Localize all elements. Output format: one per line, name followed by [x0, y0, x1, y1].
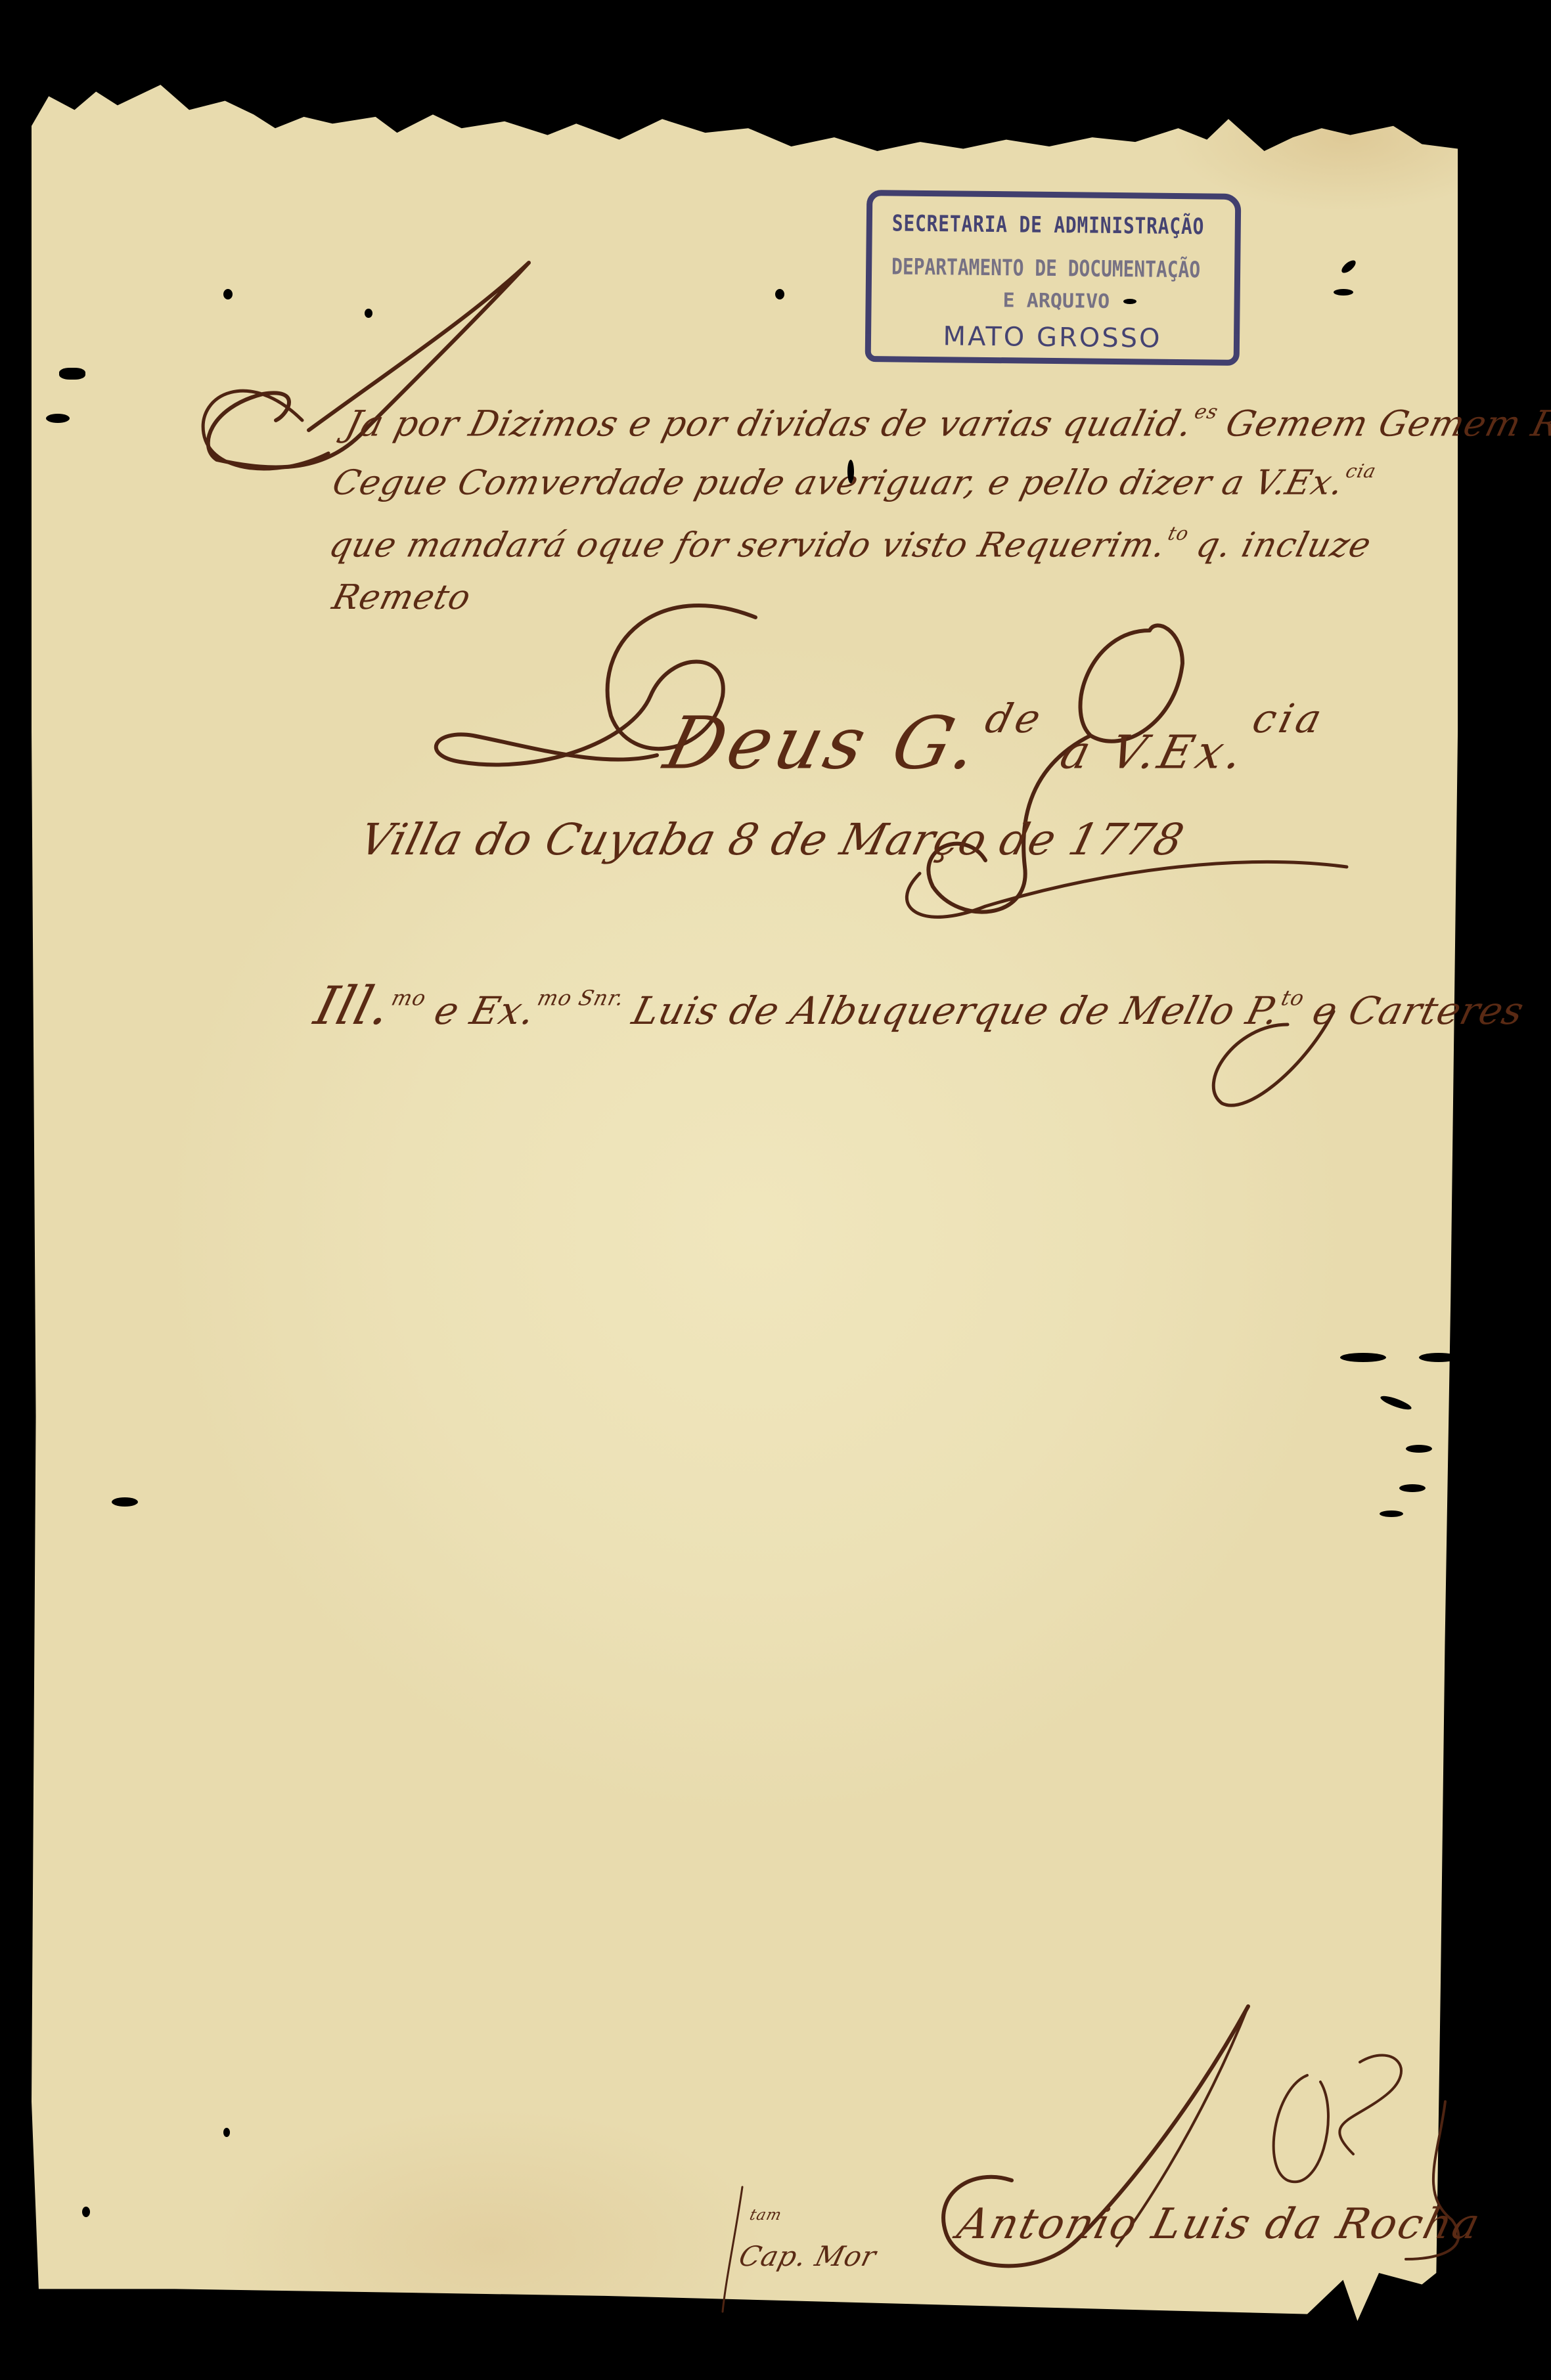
place-date: Villa do Cuyaba 8 de Março de 1778 [355, 814, 1189, 865]
signature-title: tam Cap. Mor [736, 2207, 888, 2272]
body-line-4: Remeto [328, 578, 475, 617]
stamp-line-3: E ARQUIVO [1002, 289, 1110, 313]
body-line-1: Ja por Dizimos e por dividas de varias q… [342, 401, 1551, 445]
addressee-line: Ill.mo e Ex.mo Snr. Luis de Albuquerque … [309, 975, 1532, 1036]
body-line-3: que mandará oque for servido visto Reque… [325, 522, 1376, 565]
closing-salutation: Deus G.de a V.Ex.cia [657, 696, 1330, 785]
archive-stamp: SECRETARIA DE ADMINISTRAÇÃO DEPARTAMENTO… [865, 190, 1242, 366]
stamp-line-2: DEPARTAMENTO DE DOCUMENTAÇÃO [891, 253, 1200, 283]
stamp-line-1: SECRETARIA DE ADMINISTRAÇÃO [892, 210, 1205, 240]
signature-name: Antonio Luis da Rocha [953, 2200, 1486, 2249]
stamp-line-4: MATO GROSSO [871, 320, 1234, 355]
manuscript-paper [32, 46, 1465, 2330]
